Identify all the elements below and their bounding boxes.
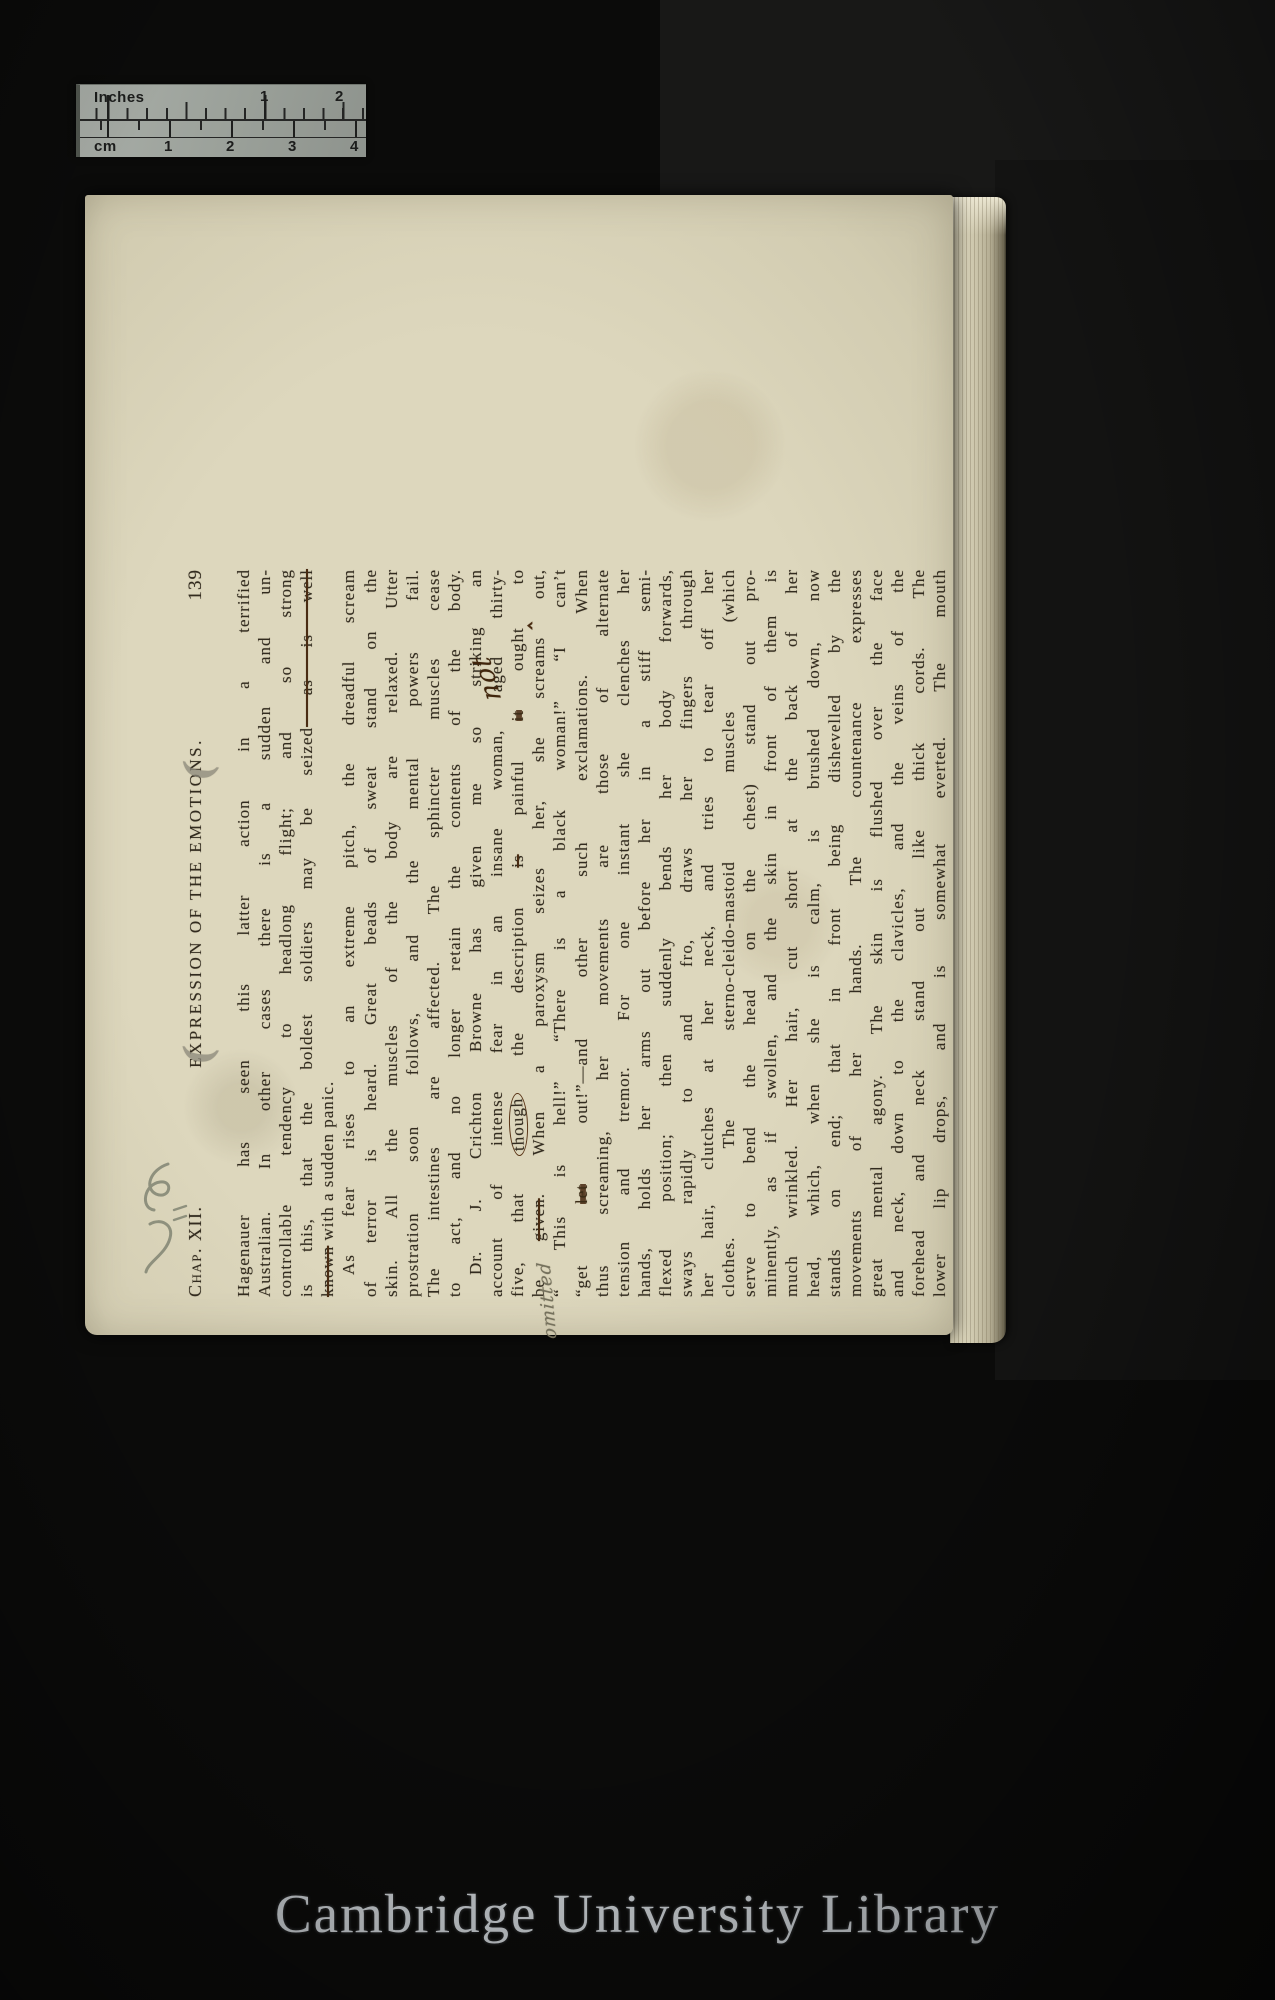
printed-text: to act, and no longer retain the content…: [445, 569, 464, 1297]
printed-text: The intestines are affected. The sphinct…: [424, 569, 443, 1297]
printed-text: five, that: [508, 1154, 527, 1297]
ruler-lower-line: [80, 137, 366, 138]
text-line: five, that though the description is pai…: [507, 569, 528, 1297]
ink-struck-word: as is well: [297, 569, 316, 727]
text-line: hands, holds her arms out before her in …: [634, 569, 655, 1297]
text-line: thus screaming, her movements are those …: [592, 569, 613, 1297]
text-line: “get let out!”—and other such exclamatio…: [571, 569, 592, 1297]
ruler-number: 1: [164, 138, 172, 155]
printed-text: flexed position; then suddenly bends her…: [656, 569, 675, 1297]
text-line: “ This is hell!” “There is a black woman…: [549, 569, 570, 1297]
background-shade-right: [995, 160, 1275, 1380]
page-rotated-content: Chap. XII. EXPRESSION OF THE EMOTIONS. 1…: [85, 195, 953, 1335]
text-line: As fear rises to an extreme pitch, the d…: [338, 569, 359, 1297]
printed-text: prostration soon follows, and the mental…: [403, 569, 422, 1297]
printed-text: hands, holds her arms out before her in …: [635, 569, 654, 1297]
printed-text: As fear rises to an extreme pitch, the d…: [339, 569, 358, 1275]
printed-text: movements of her hands. The countenance …: [846, 569, 865, 1297]
printed-text: painful: [508, 721, 527, 854]
ruler-cm-ticks: [80, 121, 366, 137]
ink-struck-word: let: [572, 1184, 591, 1204]
printed-text: ought: [508, 627, 527, 710]
pencil-parenthesis-mark: (: [173, 756, 223, 785]
ink-struck-word: given: [529, 1198, 548, 1241]
printed-text: sways rapidly to and fro, draws her fing…: [677, 569, 696, 1297]
text-line: movements of her hands. The countenance …: [845, 569, 866, 1297]
text-line: clothes. The sterno-cleido-mastoid muscl…: [718, 569, 739, 1297]
text-line: forehead and neck stand out like thick c…: [908, 569, 929, 1297]
printed-text: out!”—and other such exclamations. When: [572, 569, 591, 1184]
text-line: The intestines are affected. The sphinct…: [423, 569, 444, 1297]
ruler-number: 2: [335, 88, 343, 105]
text-line: Australian. In other cases there is a su…: [254, 569, 275, 1297]
ruler-number: 3: [288, 138, 296, 155]
printed-text: stands on end; that in front being dishe…: [825, 569, 844, 1297]
text-line: flexed position; then suddenly bends her…: [655, 569, 676, 1297]
printed-text: controllable tendency to headlong flight…: [276, 569, 295, 1297]
ink-circled-word: though: [508, 1092, 529, 1156]
printed-text: “ This is hell!” “There is a black woman…: [550, 569, 569, 1297]
text-line: be given. When a paroxysm seizes her, sh…: [528, 569, 549, 1297]
page-content: Chap. XII. EXPRESSION OF THE EMOTIONS. 1…: [85, 569, 950, 1297]
pencil-parenthesis-mark: (: [174, 1041, 223, 1068]
text-line: great mental agony. The skin is flushed …: [866, 569, 887, 1297]
book-page: Chap. XII. EXPRESSION OF THE EMOTIONS. 1…: [85, 195, 953, 1335]
photograph-background: Inches cm 121234 Chap. XII. EXPRESSION O…: [0, 0, 1275, 2000]
text-line: of terror is heard. Great beads of sweat…: [360, 569, 381, 1297]
printed-text: skin. All the muscles of the body are re…: [382, 569, 401, 1297]
text-line: sways rapidly to and fro, draws her fing…: [676, 569, 697, 1297]
printed-text: serve to bend the head on the chest) sta…: [740, 569, 759, 1297]
running-title: EXPRESSION OF THE EMOTIONS.: [186, 738, 206, 1068]
printed-text: tension and tremor. For one instant she …: [614, 569, 633, 1297]
printed-text: thus screaming, her movements are those …: [593, 569, 612, 1297]
ruler-number: 1: [260, 88, 268, 105]
printed-text: her hair, clutches at her neck, and trie…: [698, 569, 717, 1297]
text-line: much wrinkled. Her hair, cut short at th…: [781, 569, 802, 1297]
text-line: tension and tremor. For one instant she …: [613, 569, 634, 1297]
printed-text: head, which, when she is calm, is brushe…: [804, 569, 823, 1297]
ruler-number: 4: [350, 138, 358, 155]
body-text: Hagenauer has seen this latter action in…: [233, 569, 950, 1297]
text-line: minently, as if swollen, and the skin in…: [760, 569, 781, 1297]
text-line: skin. All the muscles of the body are re…: [381, 569, 402, 1297]
text-line: controllable tendency to headlong flight…: [275, 569, 296, 1297]
ruler-cm-label: cm: [94, 138, 117, 155]
text-line: her hair, clutches at her neck, and trie…: [697, 569, 718, 1297]
printed-text: minently, as if swollen, and the skin in…: [761, 569, 780, 1297]
text-line: head, which, when she is calm, is brushe…: [803, 569, 824, 1297]
printed-text: . When a paroxysm seizes her, she scream…: [529, 569, 548, 1198]
text-line: lower lip drops, and is somewhat everted…: [929, 569, 950, 1297]
book-fore-edge: [950, 197, 1006, 1343]
ruler-number: 2: [226, 138, 234, 155]
printed-text: great mental agony. The skin is flushed …: [867, 569, 886, 1297]
ink-struck-word: known: [318, 1246, 337, 1297]
measuring-ruler: Inches cm 121234: [76, 84, 366, 157]
text-line: to act, and no longer retain the content…: [444, 569, 465, 1297]
printed-text: and neck, down to the clavicles, and the…: [888, 569, 907, 1297]
printed-text: with a sudden panic.: [318, 1081, 337, 1246]
printed-text: much wrinkled. Her hair, cut short at th…: [782, 569, 801, 1297]
printed-text: lower lip drops, and is somewhat everted…: [930, 569, 949, 1297]
text-line: serve to bend the head on the chest) sta…: [739, 569, 760, 1297]
ink-struck-word: is: [508, 854, 527, 867]
printed-text: of terror is heard. Great beads of sweat…: [361, 569, 380, 1297]
printed-text: Australian. In other cases there is a su…: [255, 569, 274, 1297]
printed-text: forehead and neck stand out like thick c…: [909, 569, 928, 1297]
text-line: and neck, down to the clavicles, and the…: [887, 569, 908, 1297]
printed-text: to: [508, 569, 527, 623]
printed-text: clothes. The sterno-cleido-mastoid muscl…: [719, 569, 738, 1297]
text-line: is this, that the boldest soldiers may b…: [296, 569, 317, 1297]
printed-text: the description: [508, 868, 527, 1095]
text-line: known with a sudden panic.: [317, 569, 338, 1297]
text-line: prostration soon follows, and the mental…: [402, 569, 423, 1297]
printed-text: Hagenauer has seen this latter action in…: [234, 569, 253, 1297]
ruler-inch-ticks: [80, 95, 366, 119]
library-caption: Cambridge University Library: [0, 1882, 1275, 1945]
printed-text: is this, that the boldest soldiers may b…: [297, 727, 316, 1297]
page-number: 139: [185, 569, 207, 601]
fore-edge-page-lines: [950, 197, 1006, 1343]
text-line: Hagenauer has seen this latter action in…: [233, 569, 254, 1297]
ink-struck-word: it: [508, 710, 527, 721]
text-line: stands on end; that in front being dishe…: [824, 569, 845, 1297]
printed-text: “get: [572, 1204, 591, 1297]
pencil-scribble: [130, 1150, 194, 1280]
